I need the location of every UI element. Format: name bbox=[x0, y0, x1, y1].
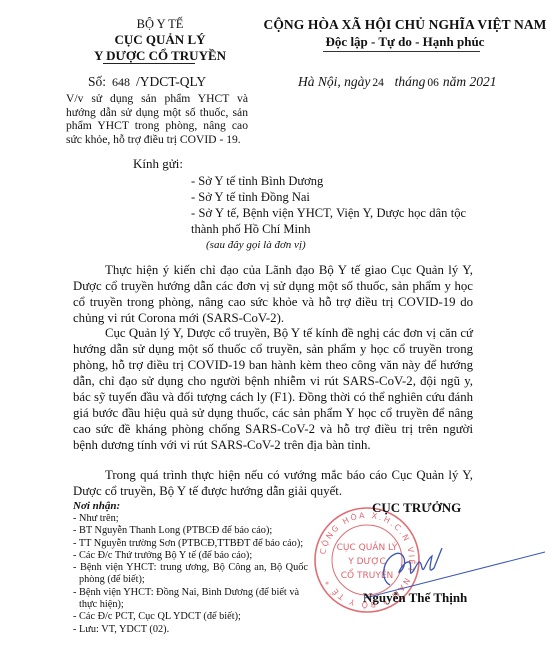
distribution-item: - Bệnh viện YHCT: Đồng Nai, Bình Dương (… bbox=[73, 587, 308, 612]
doc-number-value: 648 bbox=[112, 75, 130, 89]
department-name-line1: CỤC QUẢN LÝ bbox=[40, 32, 280, 48]
department-name-line2: Y DƯỢC CỔ TRUYỀN bbox=[40, 48, 280, 64]
distribution-item: - Các Đ/c PCT, Cục QL YDCT (để biết); bbox=[73, 611, 308, 623]
date-day: 24 bbox=[372, 77, 384, 89]
distribution-title: Nơi nhận: bbox=[73, 500, 308, 513]
body-paragraph: Trong quá trình thực hiện nếu có vướng m… bbox=[73, 467, 473, 499]
ministry-name: BỘ Y TẾ bbox=[40, 16, 280, 32]
distribution-item: - Như trên; bbox=[73, 513, 308, 525]
national-header: CỘNG HÒA XÃ HỘI CHỦ NGHĨA VIỆT NAM Độc l… bbox=[255, 16, 554, 50]
national-motto: Độc lập - Tự do - Hạnh phúc bbox=[255, 34, 554, 50]
distribution-item: - TT Nguyễn trường Sơn (PTBCĐ,TTBĐT để b… bbox=[73, 538, 308, 550]
body-paragraph: Thực hiện ý kiến chỉ đạo của Lãnh đạo Bộ… bbox=[73, 262, 473, 326]
distribution-item: - Bệnh viện YHCT: trung ương, Bộ Công an… bbox=[73, 562, 308, 587]
signer-title: CỤC TRƯỞNG bbox=[372, 500, 461, 516]
doc-number-suffix: /YDCT-QLY bbox=[136, 74, 206, 89]
date-month: 06 bbox=[427, 77, 439, 89]
body-paragraph: Cục Quản lý Y, Dược cổ truyền, Bộ Y tế k… bbox=[73, 325, 473, 453]
doc-number-prefix: Số: bbox=[88, 74, 106, 89]
recipients-list: - Sở Y tế tỉnh Bình Dương - Sở Y tế tỉnh… bbox=[191, 173, 466, 253]
recipient-item: - Sở Y tế, Bệnh viện YHCT, Viện Y, Dược … bbox=[191, 205, 466, 237]
issuer-header: BỘ Y TẾ CỤC QUẢN LÝ Y DƯỢC CỔ TRUYỀN bbox=[40, 16, 280, 64]
recipients-note: (sau đây gọi là đơn vị) bbox=[191, 237, 466, 253]
document-date: Hà Nội, ngày24 tháng06năm 2021 bbox=[298, 74, 497, 90]
document-subject: V/v sử dụng sản phẩm YHCT và hướng dẫn s… bbox=[66, 92, 248, 146]
date-month-label: tháng bbox=[395, 74, 426, 89]
header-right-divider bbox=[323, 51, 480, 52]
recipient-item: - Sở Y tế tỉnh Đồng Nai bbox=[191, 189, 466, 205]
recipients-label: Kính gửi: bbox=[133, 156, 183, 172]
country-name: CỘNG HÒA XÃ HỘI CHỦ NGHĨA VIỆT NAM bbox=[255, 16, 554, 34]
distribution-list: Nơi nhận: - Như trên; - BT Nguyễn Thanh … bbox=[73, 500, 308, 636]
distribution-item: - Lưu: VT, YDCT (02). bbox=[73, 624, 308, 636]
document-number: Số:648/YDCT-QLY bbox=[88, 74, 206, 90]
distribution-item: - BT Nguyễn Thanh Long (PTBCĐ để báo cáo… bbox=[73, 525, 308, 537]
signer-name: Nguyễn Thế Thịnh bbox=[363, 590, 467, 606]
distribution-item: - Các Đ/c Thứ trưởng Bộ Y tế (để báo cáo… bbox=[73, 550, 308, 562]
date-place-label: Hà Nội, ngày bbox=[298, 74, 370, 89]
header-left-divider bbox=[103, 63, 195, 64]
date-year: năm 2021 bbox=[443, 74, 497, 89]
recipient-item: - Sở Y tế tỉnh Bình Dương bbox=[191, 173, 466, 189]
